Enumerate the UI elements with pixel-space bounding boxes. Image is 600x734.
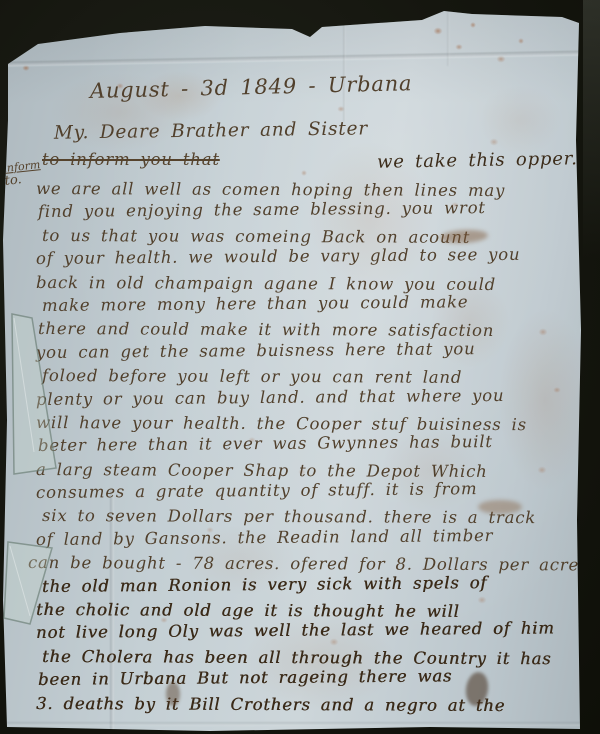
letter-line: 3. deaths by it Bill Crothers and a negr… [36, 694, 584, 720]
date-line: August - 3d 1849 - Urbana [89, 58, 584, 121]
ink-blot [166, 682, 180, 706]
letter-photograph: August - 3d 1849 - Urbana My. Deare Brat… [0, 0, 600, 734]
letter-line: find you enjoying the same blessing. you… [38, 198, 584, 226]
letter-line: make more mony here than you could make [42, 291, 584, 319]
letter-line: the old man Ronion is very sick with spe… [42, 572, 584, 600]
letter-line: of your health. we would be vary glad to… [36, 244, 584, 272]
fold-crease [447, 12, 450, 66]
salutation-line: My. Deare Brather and Sister [54, 115, 584, 153]
letter-line: of land by Gansons. the Readin land all … [36, 525, 584, 553]
glass-shard [0, 292, 64, 632]
letter-line: beter here than it ever was Gwynnes has … [38, 432, 584, 460]
letter-line: you can get the same buisness here that … [36, 338, 584, 366]
fold-crease [0, 722, 600, 726]
struck-row: to inform you that we take this opper. [42, 150, 584, 179]
margin-note: inform to. [3, 158, 43, 188]
letter-content: August - 3d 1849 - Urbana My. Deare Brat… [36, 64, 584, 717]
letter-paper: August - 3d 1849 - Urbana My. Deare Brat… [0, 0, 600, 734]
letter-line: not live long Oly was well the last we h… [36, 619, 584, 647]
background-shading [583, 0, 600, 260]
ink-smudge [478, 500, 522, 514]
letter-line: been in Urbana But not rageing there was [38, 665, 584, 693]
letter-line: plenty or you can buy land. and that whe… [36, 385, 584, 413]
opening-text: we take this opper. [377, 148, 578, 172]
